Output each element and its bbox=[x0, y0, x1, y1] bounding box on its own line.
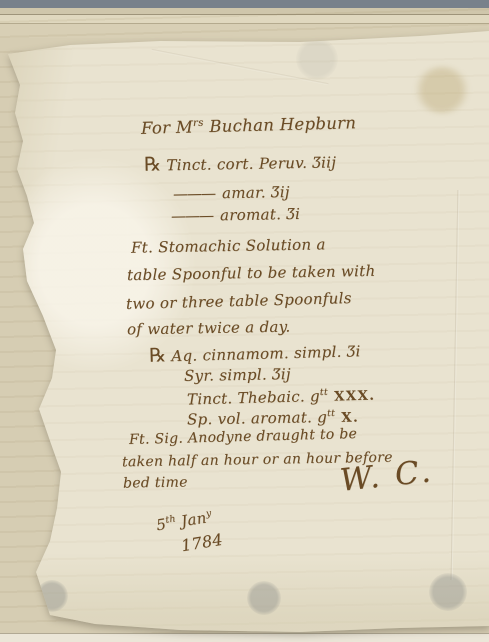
gtt-superscript: tt bbox=[320, 387, 328, 398]
date-month: Jan bbox=[175, 509, 208, 532]
weight-dot-top-center bbox=[296, 38, 338, 80]
recipient-superscript: rs bbox=[193, 118, 204, 129]
recipe1-ingredient3: aromat. Ʒi bbox=[220, 205, 300, 224]
ditto-dash: ——— bbox=[173, 184, 215, 203]
manuscript-sheet-shadow: For Mrs Buchan Hepburn ℞Tinct. cort. Per… bbox=[0, 0, 489, 642]
recipe1-line2: ———amar. Ʒij bbox=[173, 183, 290, 203]
recipe2-ingredient3: Tinct. Thebaic. g bbox=[187, 387, 320, 408]
ink-stain-top-right bbox=[402, 0, 483, 20]
recipe2-ingredient4: Sp. vol. aromat. g bbox=[187, 408, 327, 428]
drops-numeral: X. bbox=[335, 410, 359, 425]
recipient-pre: For M bbox=[141, 117, 193, 137]
directions2-line1: Ft. Sig. Anodyne draught to be bbox=[129, 426, 358, 448]
weight-dot-bottom-right bbox=[429, 573, 467, 611]
recipe2-line3: Tinct. Thebaic. gtt XXX. bbox=[187, 386, 376, 409]
recipe2-line1: ℞Aq. cinnamom. simpl. Ʒi bbox=[149, 339, 361, 367]
directions1-line1: Ft. Stomachic Solution a bbox=[131, 235, 326, 256]
recipe1-ingredient2: amar. Ʒij bbox=[222, 183, 290, 202]
directions1-line2: table Spoonful to be taken with bbox=[127, 262, 376, 284]
directions1-line4: of water twice a day. bbox=[127, 318, 291, 339]
manuscript-sheet: For Mrs Buchan Hepburn ℞Tinct. cort. Per… bbox=[0, 0, 489, 642]
weight-dot-bottom-center bbox=[247, 581, 281, 615]
drops-numeral: XXX. bbox=[328, 389, 376, 405]
recipe2-line2: Syr. simpl. Ʒij bbox=[184, 365, 291, 385]
date-month-superscript: y bbox=[205, 508, 212, 520]
recipe2-line4: Sp. vol. aromat. gtt X. bbox=[187, 407, 359, 428]
recipe1-line3: ———aromat. Ʒi bbox=[171, 205, 300, 225]
stain-right bbox=[414, 66, 470, 114]
rx-symbol: ℞ bbox=[144, 153, 162, 175]
recipe1-line1: ℞Tinct. cort. Peruv. Ʒiij bbox=[144, 150, 337, 175]
vertical-crease bbox=[451, 190, 460, 580]
directions2-line3: bed time bbox=[123, 474, 188, 491]
recipient-line: For Mrs Buchan Hepburn bbox=[141, 113, 357, 138]
manuscript-photo: For Mrs Buchan Hepburn ℞Tinct. cort. Per… bbox=[0, 0, 489, 642]
recipient-post: Buchan Hepburn bbox=[204, 113, 357, 136]
weight-dot-bottom-left bbox=[36, 580, 68, 612]
date-year: 1784 bbox=[180, 530, 224, 555]
ditto-dash: ——— bbox=[171, 206, 213, 225]
recipe1-ingredient1: Tinct. cort. Peruv. Ʒiij bbox=[166, 153, 336, 174]
date-line: 5th Jany bbox=[155, 508, 213, 535]
recipe2-ingredient1: Aq. cinnamom. simpl. Ʒi bbox=[171, 342, 361, 365]
rx-symbol: ℞ bbox=[149, 344, 167, 366]
directions1-line3: two or three table Spoonfuls bbox=[126, 289, 352, 313]
